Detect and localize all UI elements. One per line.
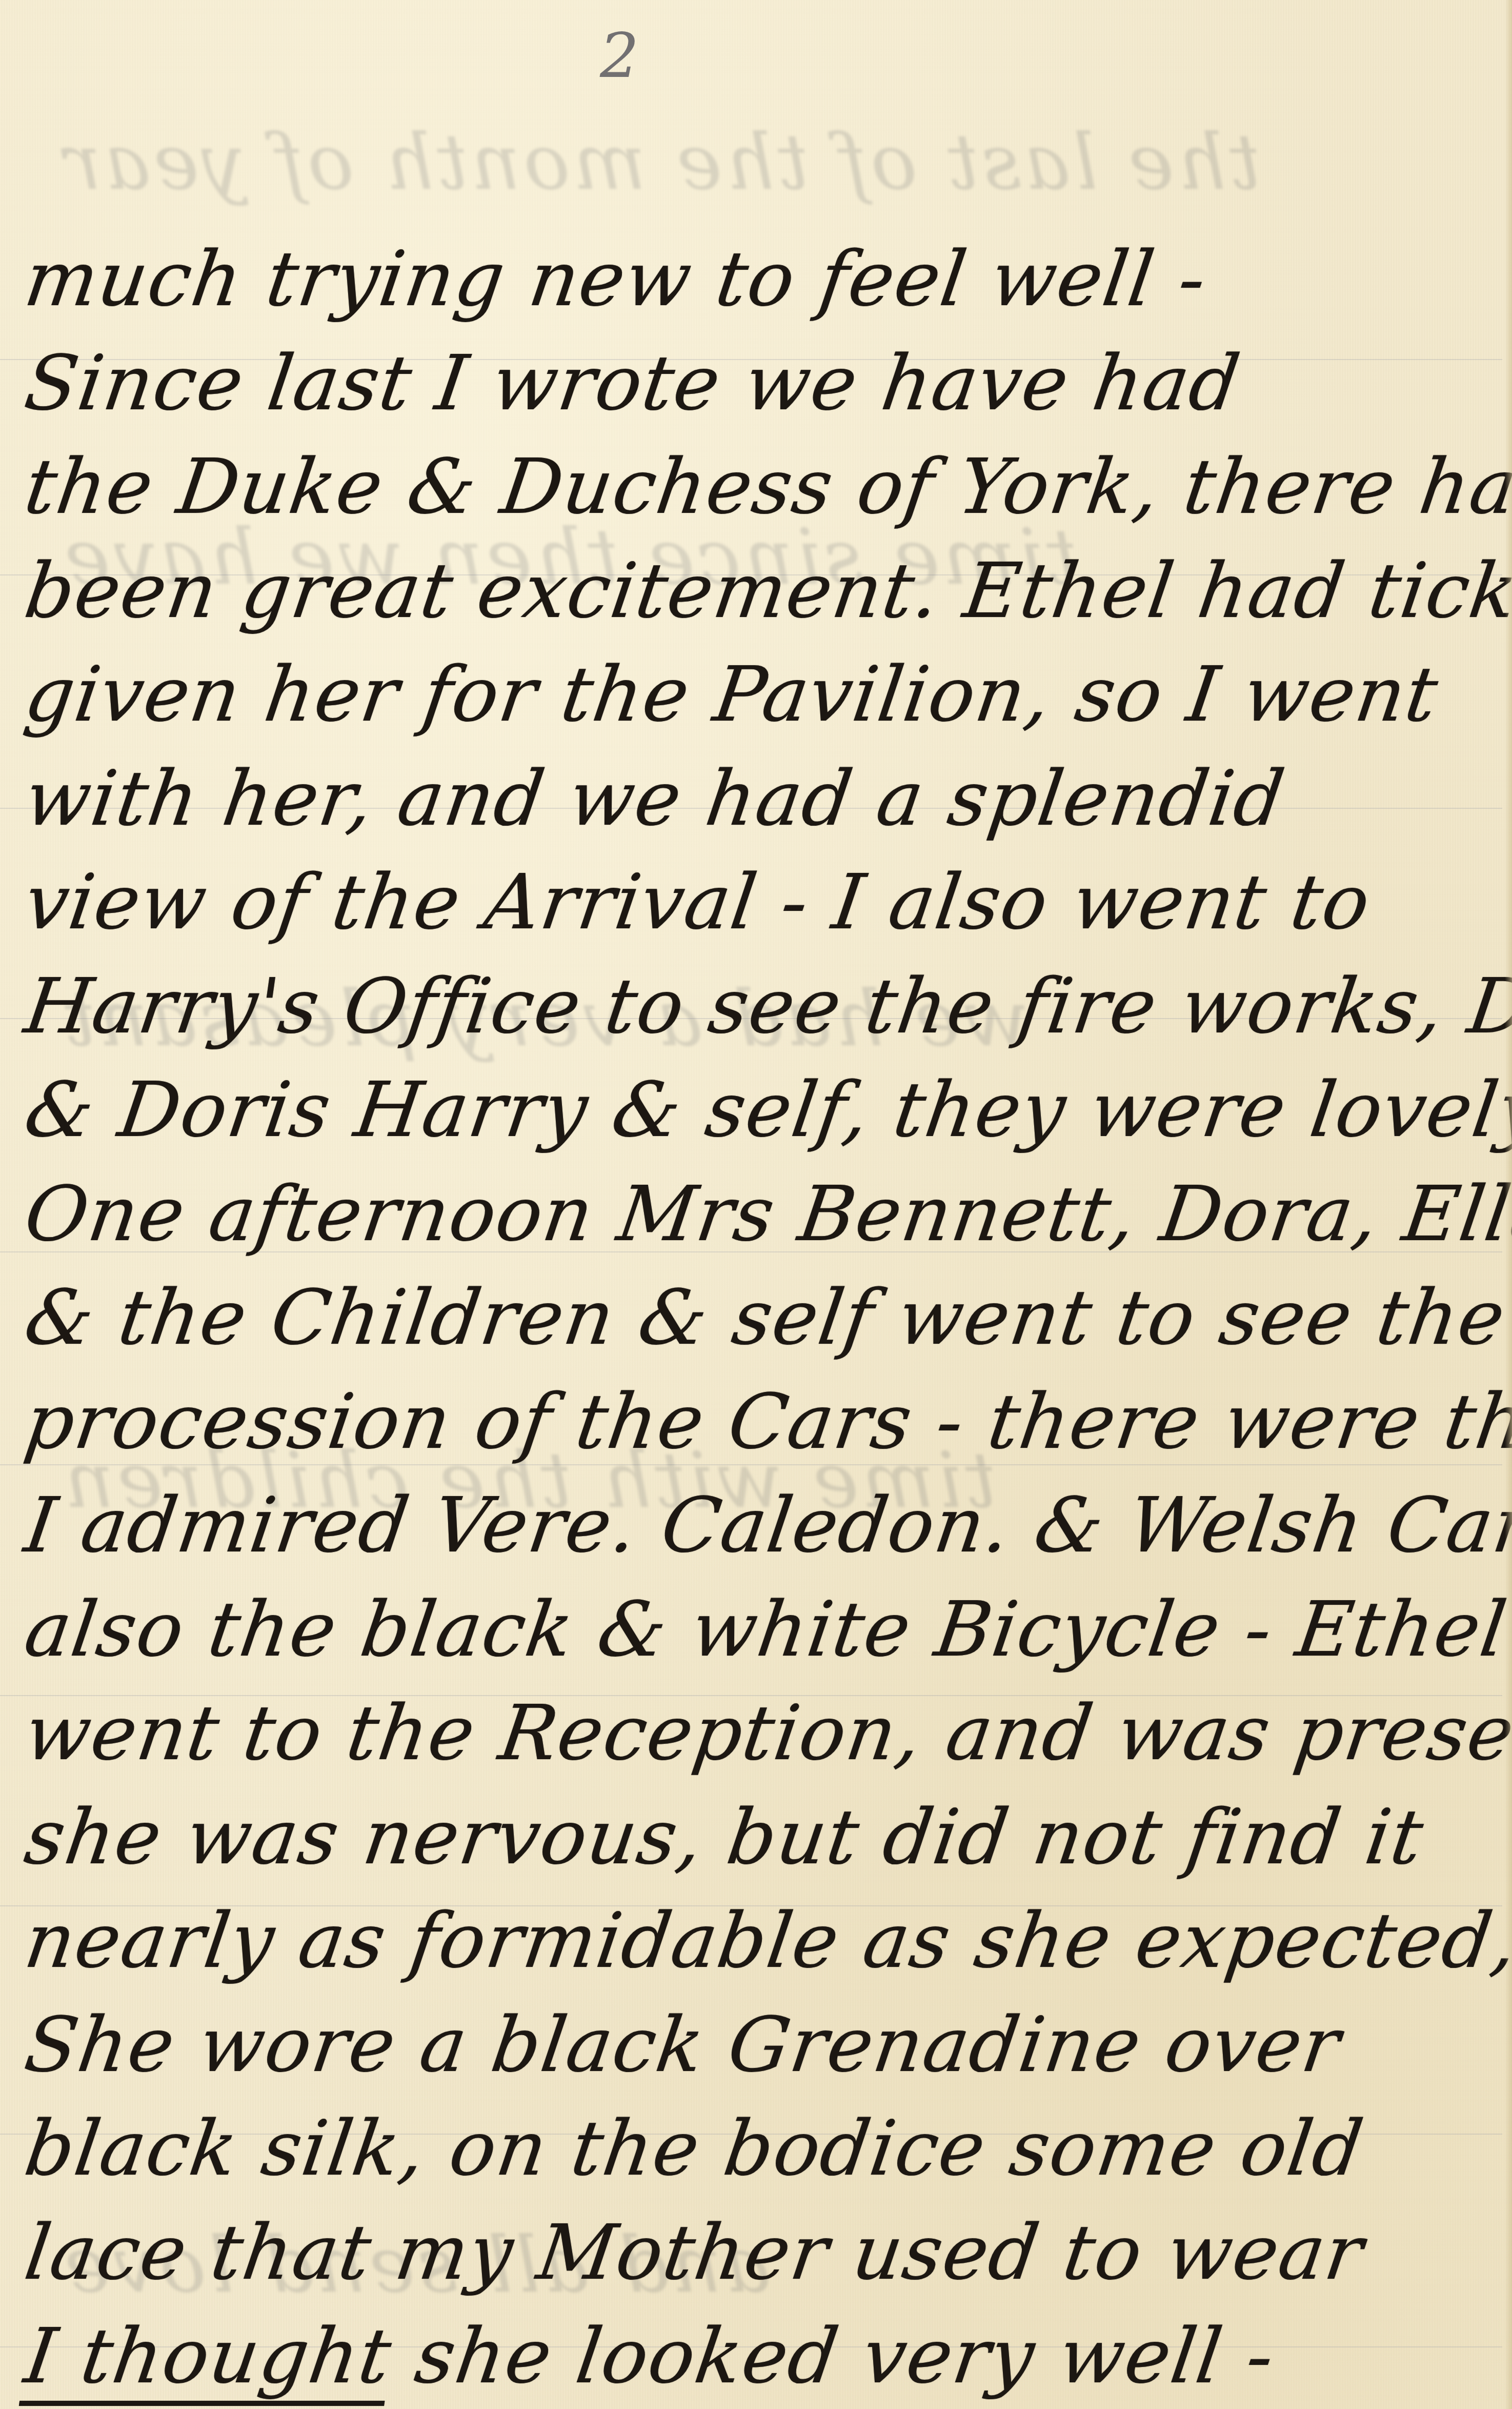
underlined-phrase: I thought [19, 2312, 397, 2400]
letter-line: view of the Arrival - I also went to [21, 864, 1508, 940]
letter-line: with her, and we had a splendid [21, 761, 1508, 837]
letter-line: much trying new to feel well - [21, 241, 1508, 317]
letter-line: black silk, on the bodice some old [21, 2111, 1508, 2186]
closing-text: she looked very well - [385, 2312, 1280, 2400]
letter-line: also the black & white Bicycle - Ethel [21, 1591, 1508, 1667]
paper-edge [1505, 0, 1512, 2409]
letter-line: nearly as formidable as she expected, [21, 1903, 1508, 1979]
letter-line: been great excitement. Ethel had tickets [21, 553, 1508, 629]
letter-line: & the Children & self went to see the [21, 1280, 1508, 1356]
letter-line: lace that my Mother used to wear [21, 2215, 1508, 2291]
letter-line-closing: I thought she looked very well - [21, 2318, 1508, 2394]
bleed-through-text: the last of the month of year [0, 118, 1512, 207]
letter-line: procession of the Cars - there were thre… [21, 1384, 1508, 1460]
letter-line: Since last I wrote we have had [21, 345, 1508, 421]
letter-line: the Duke & Duchess of York, there has [21, 449, 1508, 525]
letter-line: Harry's Office to see the fire works, Do… [21, 968, 1508, 1044]
letter-line: given her for the Pavilion, so I went [21, 656, 1508, 732]
letter-line: went to the Reception, and was presented [21, 1695, 1508, 1771]
letter-line: She wore a black Grenadine over [21, 2007, 1508, 2083]
page-number: 2 [600, 21, 639, 92]
letter-line: she was nervous, but did not find it [21, 1799, 1508, 1875]
letter-line: One afternoon Mrs Bennett, Dora, Ella, [21, 1176, 1508, 1252]
letter-line: I admired Vere. Caledon. & Welsh Cars [21, 1487, 1508, 1563]
letter-line: & Doris Harry & self, they were lovely - [21, 1072, 1508, 1148]
letter-page: the last of the month of year time since… [0, 0, 1512, 2409]
